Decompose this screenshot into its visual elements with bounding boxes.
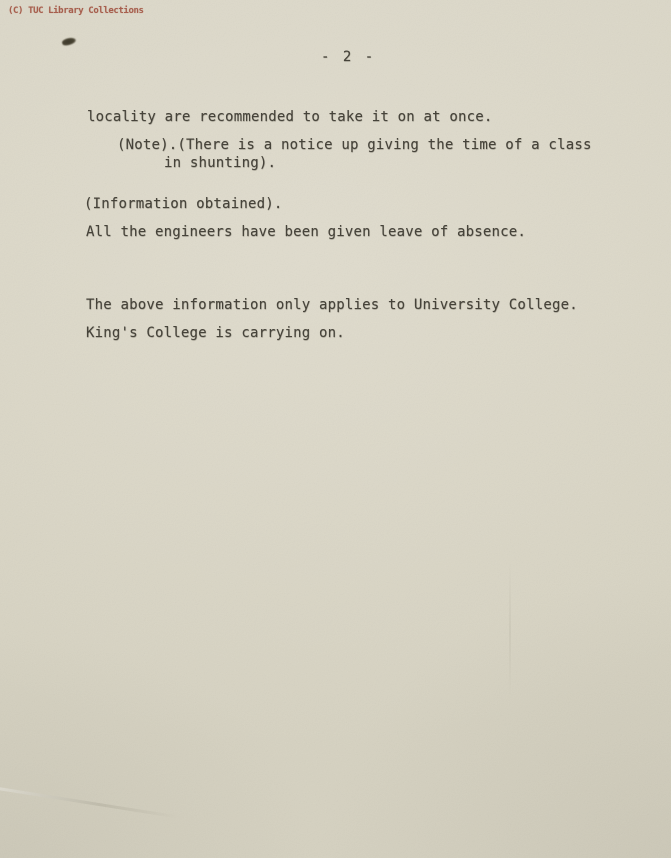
ink-smudge — [61, 36, 76, 46]
note-line-1: (Note).(There is a notice up giving the … — [117, 138, 592, 153]
paper-crease — [0, 784, 179, 818]
copyright-watermark: (C) TUC Library Collections — [8, 6, 144, 16]
body-line-opening: locality are recommended to take it on a… — [87, 110, 493, 125]
paper-crease — [509, 560, 511, 700]
note-line-2: in shunting). — [164, 156, 276, 171]
information-obtained-heading: (Information obtained). — [84, 197, 282, 212]
closing-line-1: The above information only applies to Un… — [86, 298, 578, 313]
closing-line-2: King's College is carrying on. — [86, 326, 345, 341]
information-line: All the engineers have been given leave … — [86, 225, 526, 240]
page-number: - 2 - — [321, 50, 376, 65]
paper-grain-texture — [0, 0, 671, 858]
scanned-document-page: (C) TUC Library Collections - 2 - locali… — [0, 0, 671, 858]
